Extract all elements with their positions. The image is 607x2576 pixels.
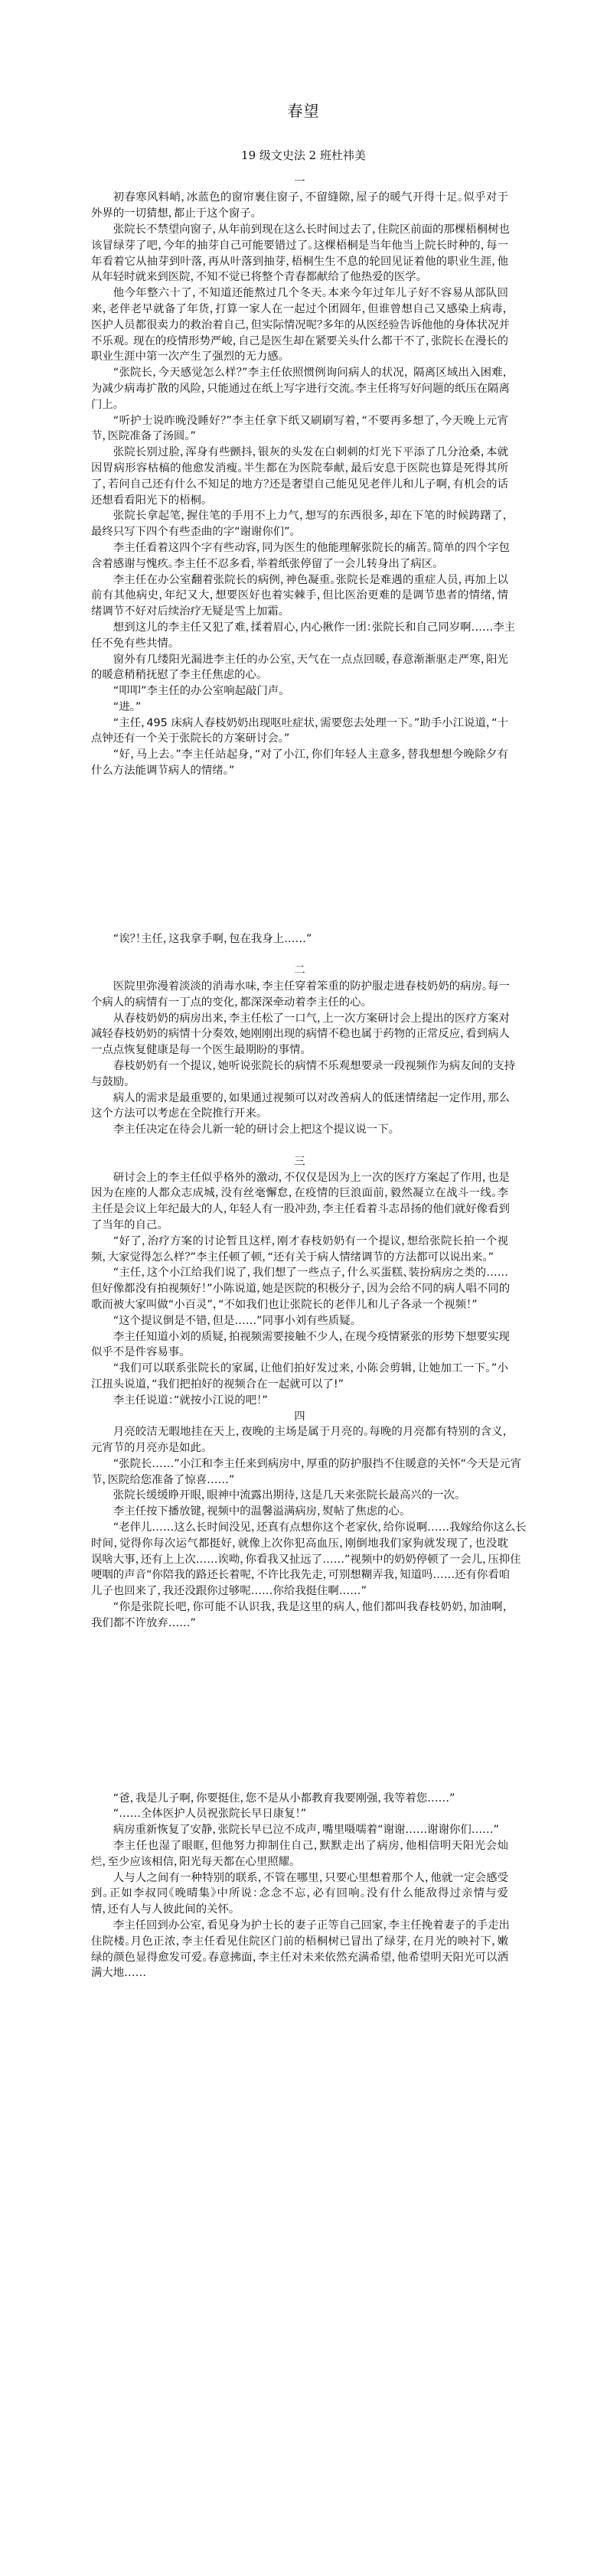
paragraph: 医院里弥漫着淡淡的消毒水味，李主任穿着笨重的防护服走进春枝奶奶的病房。每一 个病…	[91, 979, 508, 1011]
text-line: 个病人的病情有一丁点的变化，都深深牵动着李主任的心。	[91, 995, 508, 1011]
paragraph: “我们可以联系张院长的家属，让他们拍好发过来，小陈会剪辑，让她加工一下。”小 江…	[91, 1361, 508, 1393]
text-line: 歌而被大家叫做“小百灵”，“不如我们也让张院长的老伴儿和儿子各录一个视频！”	[91, 1297, 508, 1313]
text-line: 了当年的自己。	[91, 1218, 508, 1234]
text-line: 满大地……	[91, 1965, 508, 1981]
paragraph: “张院长，今天感觉怎么样？”李主任依照惯例询问病人的状况， 隔离区域出入困难， …	[91, 365, 508, 412]
text-line: “你是张院长吧，你可能不认识我，我是这里的病人，他们都叫我春枝奶奶，加油啊，	[91, 1599, 508, 1616]
text-line: 减轻春枝奶奶的病情十分奏效，她刚刚出现的病情不稳也属于药物的正常反应，看到病人	[91, 1026, 508, 1042]
text-line: 窗外有几缕阳光漏进李主任的办公室，天气在一点点回暖，春意渐渐驱走严寒，阳光	[91, 652, 508, 668]
paragraph: “主任，495 床病人春枝奶奶出现呕吐症状，需要您去处理一下。”助手小江说道，“…	[91, 716, 508, 748]
text-line: “……全体医护人员祝张院长早日康复！”	[91, 1806, 508, 1822]
text-line: 研讨会上的李主任似乎格外的激动，不仅仅是因为上一次的医疗方案起了作用，也是	[91, 1170, 508, 1186]
text-line: 李主任按下播放键，视频中的温馨溢满病房，熨帖了焦虑的心。	[91, 1504, 508, 1520]
text-line: “好，马上去。”李主任站起身，“对了小江，你们年轻人主意多，替我想想今晚除夕有	[91, 747, 508, 763]
paragraph: 李主任决定在待会儿新一轮的研讨会上把这个提议说一下。	[91, 1122, 508, 1138]
text-block-sections-2-4: “诶？！主任，这我拿手啊，包在我身上……” 二 医院里弥漫着淡淡的消毒水味，李主…	[91, 931, 508, 1632]
blank-line	[91, 1138, 508, 1154]
text-line: 烂，至少应该相信，阳光每天都在心里照耀。	[91, 1854, 508, 1870]
text-line: 想到这儿的李主任又犯了难，揉着眉心，内心揪作一团：张院长和自己同岁啊……李主	[91, 620, 508, 636]
text-line: 频，大家觉得怎么样？”李主任顿了顿，“还有关于病人情绪调节的方法都可以说出来。”	[91, 1250, 508, 1266]
text-line: 时间，觉得你每次运气都挺好，就像上次你犯高血压，刚倒地我们家狗就发现了，也没耽	[91, 1536, 508, 1552]
text-line: 该冒绿芽了吧，今年的抽芽自己可能要错过了。这棵梧桐是当年他当上院长时种的，每一	[91, 238, 508, 254]
text-line: 不乐观。 现在的疫情形势严峻，自己是医生却在紧要关头什么都干不了，张院长在漫长的	[91, 334, 508, 350]
text-line: 主任是会议上年纪最大的人，年轻人有一股冲劲，李主任看着斗志昂扬的他们就好像看到	[91, 1202, 508, 1218]
paragraph: 月亮皎洁无暇地挂在天上，夜晚的主场是属于月亮的。每晚的月亮都有特别的含义， 元宵…	[91, 1424, 508, 1456]
paragraph: “你是张院长吧，你可能不认识我，我是这里的病人，他们都叫我春枝奶奶，加油啊， 我…	[91, 1599, 508, 1632]
text-line: 病房重新恢复了安静，张院长早已泣不成声，嘴里嗫嚅着“谢谢……谢谢你们……”	[91, 1822, 508, 1838]
text-line: “主任，这个小江给我们说了，我们想了一些点子，什么买蛋糕、装扮病房之类的……	[91, 1265, 508, 1281]
text-line: 含着感谢与愧疚。李主任不忍多看，举着纸张停留了一会儿转身出了病区。	[91, 556, 508, 572]
text-line: 江扭头说道，“我们把拍好的视频合在一起就可以了!”	[91, 1377, 508, 1393]
text-line: 我们都不许放弃……”	[91, 1616, 508, 1632]
text-line: “叩叩”李主任的办公室响起敲门声。	[91, 683, 508, 699]
paragraph: 从春枝奶奶的病房出来，李主任松了一口气，上一次方案研讨会上提出的医疗方案对 减轻…	[91, 1011, 508, 1058]
section-heading: 二	[91, 963, 508, 979]
text-line: “爸，我是儿子啊，你要挺住，您不是从小都教育我要刚强，我等着您……”	[91, 1791, 508, 1807]
text-line: 情，还有人与人彼此间的关怀。	[91, 1902, 508, 1918]
text-line: 李主任说道：“就按小江说的吧！”	[91, 1393, 508, 1409]
text-line: “好了，治疗方案的讨论暂且这样，刚才春枝奶奶有一个提议，想给张院长拍一个视	[91, 1234, 508, 1250]
text-line: 李主任决定在待会儿新一轮的研讨会上把这个提议说一下。	[91, 1122, 508, 1138]
paragraph: “听护士说昨晚没睡好？”李主任拿下纸又刷刷写着，“不要再多想了，今天晚上元宵 节…	[91, 413, 508, 445]
paragraph: “这个提议倒是不错，但是……”同事小刘有些质疑。	[91, 1313, 508, 1329]
paragraph: “张院长……”小江和李主任来到病房中，厚重的防护服挡不住暖意的关怀“今天是元宵 …	[91, 1456, 508, 1489]
text-line: 节，医院准备了汤圆。”	[91, 429, 508, 445]
text-line: 前有其他病史，年纪又大，想要医好也着实棘手，但比医治更难的是调节患者的情绪，情	[91, 588, 508, 604]
text-line: “这个提议倒是不错，但是……”同事小刘有些质疑。	[91, 1313, 508, 1329]
text-line: 什么方法能调节病人的情绪。”	[91, 763, 508, 779]
text-line: 医院里弥漫着淡淡的消毒水味，李主任穿着笨重的防护服走进春枝奶奶的病房。每一	[91, 979, 508, 995]
text-line: 人与人之间有一种特别的联系，不管在哪里，只要心里想着那个人，他就一定会感受	[91, 1870, 508, 1886]
text-line: 还想看看阳光下的梧桐。	[91, 493, 508, 509]
text-line: 初春寒风料峭，冰蓝色的窗帘裹住窗子，不留缝隙，屋子的暖气开得十足。似乎对于	[91, 190, 508, 206]
text-line: 医护人员都很卖力的救治着自己，但实际情况呢？多年的从医经验告诉他他的身体状况并	[91, 318, 508, 334]
text-line: 来，老伴老早就备了年货，打算一家人在一起过个团圆年，但谁曾想自己又感染上病毒，	[91, 302, 508, 318]
text-line: 节，医院给您准备了惊喜……”	[91, 1472, 508, 1489]
text-line: “我们可以联系张院长的家属，让他们拍好发过来，小陈会剪辑，让她加工一下。”小	[91, 1361, 508, 1377]
text-line: 元宵节的月亮亦是如此。	[91, 1440, 508, 1456]
text-line: 张院长拿起笔，握住笔的手用不上力气，想写的东西很多，却在下笔的时候踌躇了，	[91, 508, 508, 524]
text-line: 因为在座的人都众志成城，没有丝毫懈怠，在疫情的巨浪面前，毅然凝立在战斗一线。李	[91, 1185, 508, 1202]
text-line: 了，若问自己还有什么不知足的地方？还是奢望自己能见见老伴儿和儿子啊，有机会的话	[91, 477, 508, 493]
author-line: 19 级文史法 2 班杜祎美	[0, 147, 607, 164]
section-heading: 三	[91, 1154, 508, 1170]
text-line: 外界的一切猜想，都止于这个窗子。	[91, 206, 508, 222]
text-line: 这个方法可以考虑在全院推行开来。	[91, 1106, 508, 1122]
text-line: 张院长别过脸，浑身有些颤抖，银灰的头发在白刺刺的灯光下平添了几分沧桑，本就	[91, 445, 508, 461]
paragraph: 张院长别过脸，浑身有些颤抖，银灰的头发在白刺刺的灯光下平添了几分沧桑，本就 因胃…	[91, 445, 508, 508]
paragraph: 他今年整六十了，不知道还能熬过几个冬天。本来今年过年儿子好不容易从部队回 来，老…	[91, 285, 508, 365]
text-line: 哽咽的声音“你陪我的路还长着呢，不许比我先走，可别想糊弄我，知道吗……还有你看咱	[91, 1567, 508, 1583]
text-line: 但好像都没有拍视频好！”小陈说道，她是医院的积极分子，因为会给不同的病人唱不同的	[91, 1281, 508, 1297]
paragraph: 初春寒风料峭，冰蓝色的窗帘裹住窗子，不留缝隙，屋子的暖气开得十足。似乎对于 外界…	[91, 190, 508, 222]
text-line: 李主任也湿了眼眶，但他努力抑制住自己，默默走出了病房，他相信明天阳光会灿	[91, 1838, 508, 1854]
text-line: 月亮皎洁无暇地挂在天上，夜晚的主场是属于月亮的。每晚的月亮都有特别的含义，	[91, 1424, 508, 1440]
text-line: 从年轻时就来到医院，不知不觉已将整个青春都献给了他热爱的医学。	[91, 269, 508, 285]
text-line: “进。”	[91, 699, 508, 716]
text-line: 春枝奶奶有一个提议，她听说张院长的病情不乐观想要录一段视频作为病友间的支持	[91, 1058, 508, 1074]
document-page: 春望 19 级文史法 2 班杜祎美 一 初春寒风料峭，冰蓝色的窗帘裹住窗子，不留…	[0, 0, 607, 2576]
text-line: 职业生涯中第一次产生了强烈的无力感。	[91, 349, 508, 365]
text-line: 李主任知道小刘的质疑，拍视频需要接触不少人，在现今疫情紧张的形势下想要实现	[91, 1329, 508, 1345]
text-line: 儿子也回来了，我还没跟你过够呢……你给我挺住啊……”	[91, 1583, 508, 1599]
paragraph: 李主任知道小刘的质疑，拍视频需要接触不少人，在现今疫情紧张的形势下想要实现 似乎…	[91, 1329, 508, 1361]
text-line: 住院楼。月色正浓，李主任看见住院区门前的梧桐树已冒出了绿芽，在月光的映衬下，嫩	[91, 1934, 508, 1950]
text-line: 与鼓励。	[91, 1074, 508, 1091]
text-line: 绿的颜色显得愈发可爱。春意拂面，李主任对未来依然充满希望，他希望明天阳光可以洒	[91, 1950, 508, 1966]
text-line: 李主任看着这四个字有些动容，同为医生的他能理解张院长的痛苦。简单的四个字包	[91, 540, 508, 556]
paragraph: 想到这儿的李主任又犯了难，揉着眉心，内心揪作一团：张院长和自己同岁啊……李主 任…	[91, 620, 508, 652]
paragraph: “进。”	[91, 699, 508, 716]
text-line: “老伴儿……这么长时间没见，还真有点想你这个老家伙，给你说啊……我嫁给你这么长	[91, 1520, 508, 1536]
text-line: “诶？！主任，这我拿手啊，包在我身上……”	[91, 931, 508, 947]
paragraph: 研讨会上的李主任似乎格外的激动，不仅仅是因为上一次的医疗方案起了作用，也是 因为…	[91, 1170, 508, 1234]
text-block-section-4-end: “爸，我是儿子啊，你要挺住，您不是从小都教育我要刚强，我等着您……” “……全体…	[91, 1791, 508, 1982]
paragraph: 李主任说道：“就按小江说的吧！”	[91, 1393, 508, 1409]
document-title: 春望	[0, 99, 607, 122]
text-line: 病人的需求是最重要的，如果通过视频可以对改善病人的低迷情绪起一定作用，那么	[91, 1091, 508, 1107]
text-line: 他今年整六十了，不知道还能熬过几个冬天。本来今年过年儿子好不容易从部队回	[91, 285, 508, 302]
text-line: “张院长……”小江和李主任来到病房中，厚重的防护服挡不住暖意的关怀“今天是元宵	[91, 1456, 508, 1472]
text-line: 任不免有些共情。	[91, 636, 508, 652]
paragraph: 春枝奶奶有一个提议，她听说张院长的病情不乐观想要录一段视频作为病友间的支持 与鼓…	[91, 1058, 508, 1091]
paragraph: “老伴儿……这么长时间没见，还真有点想你这个老家伙，给你说啊……我嫁给你这么长 …	[91, 1520, 508, 1599]
blank-line	[91, 947, 508, 963]
section-heading: 四	[91, 1409, 508, 1425]
text-line: 因胃病形容枯槁的他愈发消瘦。半生都在为医院奉献，最后安息于医院也算是死得其所	[91, 461, 508, 477]
text-line: 的暖意稍稍抚慰了李主任焦虑的心。	[91, 667, 508, 683]
paragraph: “主任，这个小江给我们说了，我们想了一些点子，什么买蛋糕、装扮病房之类的…… 但…	[91, 1265, 508, 1312]
paragraph: 李主任回到办公室，看见身为护士长的妻子正等自己回家，李主任挽着妻子的手走出 住院…	[91, 1918, 508, 1981]
paragraph: “爸，我是儿子啊，你要挺住，您不是从小都教育我要刚强，我等着您……”	[91, 1791, 508, 1807]
text-line: 似乎不是件容易事。	[91, 1345, 508, 1361]
paragraph: “好，马上去。”李主任站起身，“对了小江，你们年轻人主意多，替我想想今晚除夕有 …	[91, 747, 508, 779]
text-line: 李主任在办公室翻着张院长的病例，神色凝重。张院长是难遇的重症人员，再加上以	[91, 572, 508, 589]
text-line: 李主任回到办公室，看见身为护士长的妻子正等自己回家，李主任挽着妻子的手走出	[91, 1918, 508, 1934]
text-block-section-1: 一 初春寒风料峭，冰蓝色的窗帘裹住窗子，不留缝隙，屋子的暖气开得十足。似乎对于 …	[91, 174, 508, 779]
text-line: 年看着它从抽芽到叶落，再从叶落到抽芽，梧桐生生不息的轮回见证着他的职业生涯，他	[91, 254, 508, 270]
text-line: 绪调节不好对后续治疗无疑是雪上加霜。	[91, 604, 508, 620]
paragraph: “……全体医护人员祝张院长早日康复！”	[91, 1806, 508, 1822]
text-line: “张院长，今天感觉怎么样？”李主任依照惯例询问病人的状况， 隔离区域出入困难，	[91, 365, 508, 381]
paragraph: 张院长缓缓睁开眼，眼神中流露出期待，这是几天来张院长最高兴的一次。	[91, 1488, 508, 1504]
paragraph: 张院长拿起笔，握住笔的手用不上力气，想写的东西很多，却在下笔的时候踌躇了， 最终…	[91, 508, 508, 540]
paragraph: 病人的需求是最重要的，如果通过视频可以对改善病人的低迷情绪起一定作用，那么 这个…	[91, 1091, 508, 1123]
paragraph: 李主任也湿了眼眶，但他努力抑制住自己，默默走出了病房，他相信明天阳光会灿 烂，至…	[91, 1838, 508, 1870]
text-line: “主任，495 床病人春枝奶奶出现呕吐症状，需要您去处理一下。”助手小江说道，“…	[91, 716, 508, 732]
text-line: 最终只写下四个有些歪曲的字“谢谢你们”。	[91, 524, 508, 540]
text-line: 从春枝奶奶的病房出来，李主任松了一口气，上一次方案研讨会上提出的医疗方案对	[91, 1011, 508, 1027]
text-line: 一点点恢复健康是每一个医生最期盼的事情。	[91, 1042, 508, 1058]
paragraph: 李主任看着这四个字有些动容，同为医生的他能理解张院长的痛苦。简单的四个字包 含着…	[91, 540, 508, 572]
text-line: “听护士说昨晚没睡好？”李主任拿下纸又刷刷写着，“不要再多想了，今天晚上元宵	[91, 413, 508, 429]
section-heading: 一	[91, 174, 508, 191]
text-line: 张院长不禁望向窗子，从年前到现在这么长时间过去了，住院区前面的那棵梧桐树也	[91, 222, 508, 238]
paragraph: “好了，治疗方案的讨论暂且这样，刚才春枝奶奶有一个提议，想给张院长拍一个视 频，…	[91, 1234, 508, 1266]
text-line: 点钟还有一个关于张院长的方案研讨会。”	[91, 731, 508, 747]
paragraph: 张院长不禁望向窗子，从年前到现在这么长时间过去了，住院区前面的那棵梧桐树也 该冒…	[91, 222, 508, 285]
paragraph: 人与人之间有一种特别的联系，不管在哪里，只要心里想着那个人，他就一定会感受 到。…	[91, 1870, 508, 1918]
text-line: 为减少病毒扩散的风险，只能通过在纸上写字进行交流。李主任将写好问题的纸压在隔离	[91, 381, 508, 397]
text-line: 到。正如李叔同《晚晴集》中所说：念念不忘，必有回响。没有什么能敌得过亲情与爱	[91, 1886, 508, 1902]
paragraph: 李主任在办公室翻着张院长的病例，神色凝重。张院长是难遇的重症人员，再加上以 前有…	[91, 572, 508, 620]
paragraph: 李主任按下播放键，视频中的温馨溢满病房，熨帖了焦虑的心。	[91, 1504, 508, 1520]
paragraph: “叩叩”李主任的办公室响起敲门声。	[91, 683, 508, 699]
text-line: 门上。	[91, 397, 508, 413]
paragraph: 病房重新恢复了安静，张院长早已泣不成声，嘴里嗫嚅着“谢谢……谢谢你们……”	[91, 1822, 508, 1838]
paragraph: 窗外有几缕阳光漏进李主任的办公室，天气在一点点回暖，春意渐渐驱走严寒，阳光 的暖…	[91, 652, 508, 684]
text-line: 张院长缓缓睁开眼，眼神中流露出期待，这是几天来张院长最高兴的一次。	[91, 1488, 508, 1504]
paragraph: “诶？！主任，这我拿手啊，包在我身上……”	[91, 931, 508, 947]
text-line: 误啥大事，还有上上次……诶呦，你看我又扯远了……”视频中的奶奶停顿了一会儿，压抑…	[91, 1552, 508, 1568]
